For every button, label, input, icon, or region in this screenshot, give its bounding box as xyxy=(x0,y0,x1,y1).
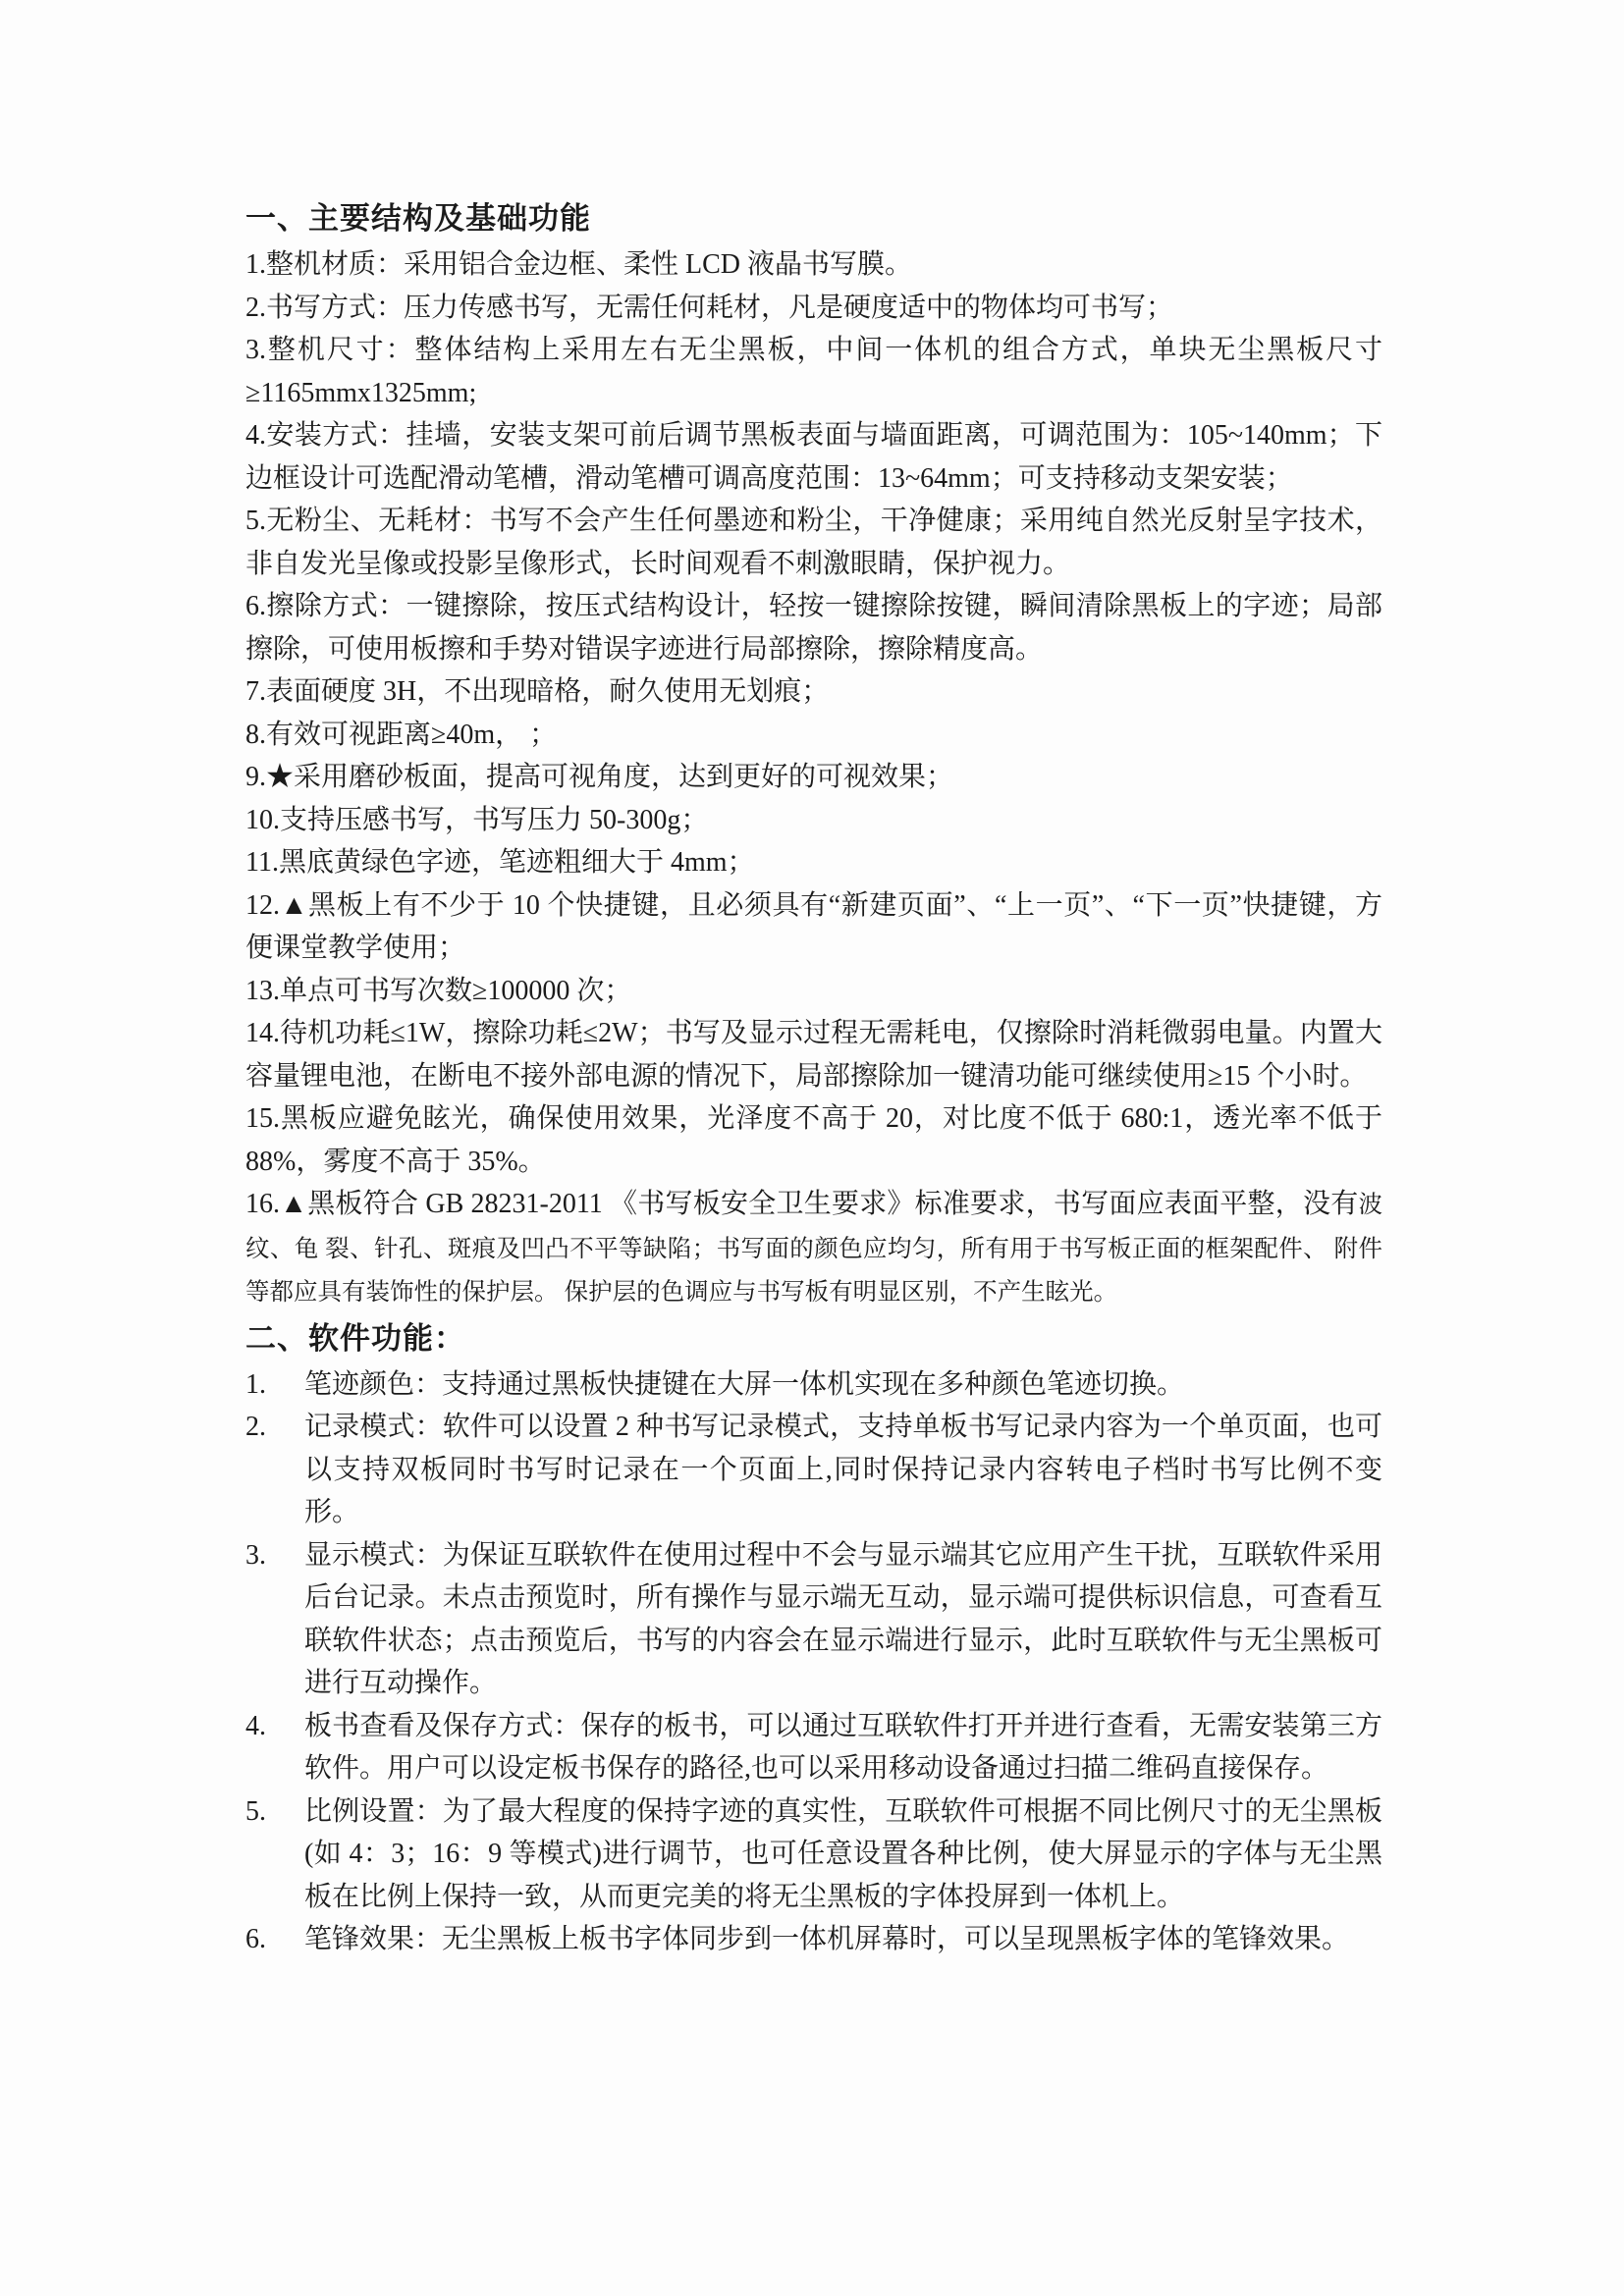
spec-item-16-lead: 16.▲黑板符合 GB 28231-2011 《书写板安全卫生要求》标准要求，书… xyxy=(245,1189,1359,1219)
item-number: 5. xyxy=(245,1790,304,1834)
spec-item-11: 11.黑底黄绿色字迹，笔迹粗细大于 4mm； xyxy=(245,841,1382,884)
software-item-5: 5. 比例设置：为了最大程度的保持字迹的真实性，互联软件可根据不同比例尺寸的无尘… xyxy=(245,1790,1382,1919)
item-number: 4. xyxy=(245,1705,304,1748)
section-1-heading: 一、主要结构及基础功能 xyxy=(245,194,1382,243)
spec-item-1: 1.整机材质：采用铝合金边框、柔性 LCD 液晶书写膜。 xyxy=(245,243,1382,287)
spec-item-6: 6.擦除方式：一键擦除，按压式结构设计，轻按一键擦除按键，瞬间清除黑板上的字迹；… xyxy=(245,585,1382,670)
item-text: 记录模式：软件可以设置 2 种书写记录模式，支持单板书写记录内容为一个单页面，也… xyxy=(304,1406,1382,1534)
software-item-3: 3. 显示模式：为保证互联软件在使用过程中不会与显示端其它应用产生干扰，互联软件… xyxy=(245,1534,1382,1705)
spec-item-3: 3.整机尺寸：整体结构上采用左右无尘黑板，中间一体机的组合方式，单块无尘黑板尺寸… xyxy=(245,329,1382,414)
spec-item-8: 8.有效可视距离≥40m， ； xyxy=(245,714,1382,757)
item-number: 3. xyxy=(245,1534,304,1577)
item-text: 比例设置：为了最大程度的保持字迹的真实性，互联软件可根据不同比例尺寸的无尘黑板(… xyxy=(304,1790,1382,1919)
spec-item-12: 12.▲黑板上有不少于 10 个快捷键，且必须具有“新建页面”、“上一页”、“下… xyxy=(245,884,1382,970)
spec-item-4: 4.安装方式：挂墙，安装支架可前后调节黑板表面与墙面距离，可调范围为：105~1… xyxy=(245,414,1382,500)
software-item-4: 4. 板书查看及保存方式：保存的板书，可以通过互联软件打开并进行查看，无需安装第… xyxy=(245,1705,1382,1790)
software-item-6: 6. 笔锋效果：无尘黑板上板书字体同步到一体机屏幕时，可以呈现黑板字体的笔锋效果… xyxy=(245,1918,1382,1961)
spec-item-2: 2.书写方式：压力传感书写，无需任何耗材，凡是硬度适中的物体均可书写； xyxy=(245,287,1382,330)
spec-item-7: 7.表面硬度 3H，不出现暗格，耐久使用无划痕； xyxy=(245,670,1382,714)
document-page: 一、主要结构及基础功能 1.整机材质：采用铝合金边框、柔性 LCD 液晶书写膜。… xyxy=(0,0,1624,2296)
spec-item-14: 14.待机功耗≤1W，擦除功耗≤2W；书写及显示过程无需耗电，仅擦除时消耗微弱电… xyxy=(245,1012,1382,1097)
software-feature-list: 1. 笔迹颜色：支持通过黑板快捷键在大屏一体机实现在多种颜色笔迹切换。 2. 记… xyxy=(245,1363,1382,1961)
spec-item-16: 16.▲黑板符合 GB 28231-2011 《书写板安全卫生要求》标准要求，书… xyxy=(245,1183,1382,1314)
spec-item-5: 5.无粉尘、无耗材：书写不会产生任何墨迹和粉尘，干净健康；采用纯自然光反射呈字技… xyxy=(245,500,1382,585)
item-text: 显示模式：为保证互联软件在使用过程中不会与显示端其它应用产生干扰，互联软件采用后… xyxy=(304,1534,1382,1705)
item-text: 笔迹颜色：支持通过黑板快捷键在大屏一体机实现在多种颜色笔迹切换。 xyxy=(304,1363,1382,1407)
spec-item-13: 13.单点可书写次数≥100000 次； xyxy=(245,970,1382,1013)
spec-item-15: 15.黑板应避免眩光，确保使用效果，光泽度不高于 20，对比度不低于 680:1… xyxy=(245,1097,1382,1183)
item-text: 板书查看及保存方式：保存的板书，可以通过互联软件打开并进行查看，无需安装第三方软… xyxy=(304,1705,1382,1790)
item-text: 笔锋效果：无尘黑板上板书字体同步到一体机屏幕时，可以呈现黑板字体的笔锋效果。 xyxy=(304,1918,1382,1961)
item-number: 1. xyxy=(245,1363,304,1407)
item-number: 2. xyxy=(245,1406,304,1449)
section-2-heading: 二、软件功能： xyxy=(245,1314,1382,1363)
software-item-1: 1. 笔迹颜色：支持通过黑板快捷键在大屏一体机实现在多种颜色笔迹切换。 xyxy=(245,1363,1382,1407)
software-item-2: 2. 记录模式：软件可以设置 2 种书写记录模式，支持单板书写记录内容为一个单页… xyxy=(245,1406,1382,1534)
spec-item-9: 9.★采用磨砂板面，提高可视角度，达到更好的可视效果； xyxy=(245,756,1382,799)
spec-item-10: 10.支持压感书写，书写压力 50-300g； xyxy=(245,799,1382,842)
item-number: 6. xyxy=(245,1918,304,1961)
